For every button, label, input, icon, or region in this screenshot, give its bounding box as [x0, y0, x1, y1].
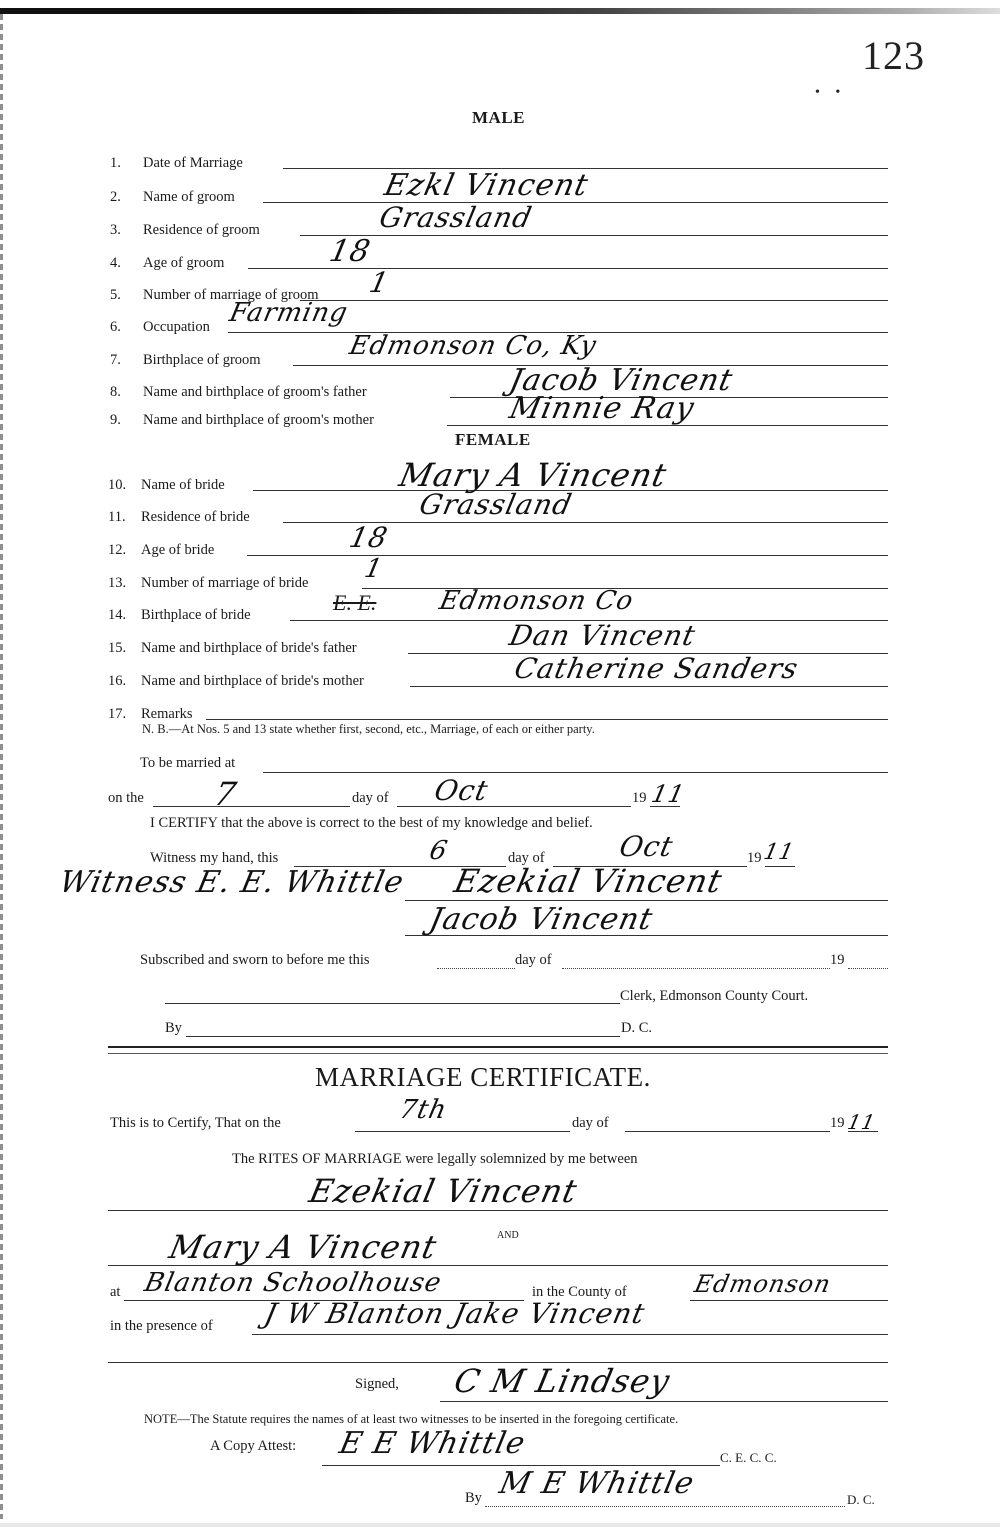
field-row: 17.Remarks	[108, 699, 193, 723]
field-line	[300, 235, 888, 236]
field-number: 17.	[108, 706, 141, 723]
field-row: 11.Residence of bride	[108, 502, 250, 526]
field-label: Name and birthplace of bride's mother	[141, 673, 364, 690]
field-value-handwritten: 18	[346, 521, 391, 554]
field-row: 1.Date of Marriage	[110, 148, 243, 172]
cert-day-value: 7th	[397, 1095, 450, 1125]
sworn-month-line	[562, 968, 830, 969]
field-label: Residence of groom	[143, 222, 260, 239]
field-value-handwritten: Ezkl Vincent	[381, 168, 591, 203]
field-label: Date of Marriage	[143, 155, 243, 172]
cert-deputy-line	[485, 1506, 845, 1507]
by-label: By	[165, 1020, 182, 1037]
rites-text: The RITES OF MARRIAGE were legally solem…	[232, 1151, 638, 1168]
field-label: Name and birthplace of bride's father	[141, 640, 357, 657]
cert-witnesses: J W Blanton Jake Vincent	[261, 1297, 648, 1330]
field-label: Name and birthplace of groom's mother	[143, 412, 374, 429]
clerk-label: Clerk, Edmonson County Court.	[620, 988, 808, 1005]
at-label: at	[110, 1284, 120, 1301]
top-border	[0, 8, 1000, 14]
field-number: 11.	[108, 509, 141, 526]
witness-year-value: 11	[761, 840, 796, 865]
field-number: 8.	[110, 384, 143, 401]
field-label: Occupation	[143, 319, 210, 336]
field-row: 3.Residence of groom	[110, 215, 260, 239]
field-value-handwritten: Edmonson Co, Ky	[347, 331, 600, 361]
marriage-year-value: 11	[649, 780, 687, 808]
copy-attest-label: A Copy Attest:	[210, 1438, 296, 1455]
field-value-handwritten: 1	[366, 266, 392, 299]
field-number: 10.	[108, 477, 141, 494]
father-signature: Jacob Vincent	[426, 902, 656, 937]
signed-line	[440, 1401, 888, 1402]
field-number: 1.	[110, 155, 143, 172]
sworn-year-line	[848, 968, 888, 969]
field-line	[206, 719, 888, 720]
day-of-label: day of	[352, 790, 389, 807]
field-label: Birthplace of bride	[141, 607, 251, 624]
cert-groom-name: Ezekial Vincent	[306, 1172, 581, 1210]
on-the-label: on the	[108, 790, 144, 807]
marriage-record-page: 123 • • MALE FEMALE E. E. N. B.—At Nos. …	[0, 0, 1000, 1527]
field-row: 12.Age of bride	[108, 535, 214, 559]
field-value-handwritten: Catherine Sanders	[511, 652, 801, 685]
field-label: Age of groom	[143, 255, 224, 272]
field-line	[410, 686, 888, 687]
field-value-handwritten: 18	[326, 234, 374, 269]
field-value-handwritten: Grassland	[416, 488, 575, 521]
presence-line	[252, 1334, 888, 1335]
deputy-line	[186, 1036, 620, 1037]
presence-label: in the presence of	[110, 1318, 213, 1335]
certificate-title: MARRIAGE CERTIFICATE.	[315, 1062, 651, 1093]
field-row: 10.Name of bride	[108, 470, 225, 494]
field-value-handwritten: Dan Vincent	[506, 619, 698, 652]
witness-month-value: Oct	[616, 830, 676, 863]
nb-note: N. B.—At Nos. 5 and 13 state whether fir…	[142, 722, 595, 737]
field-row: 8.Name and birthplace of groom's father	[110, 377, 367, 401]
field-value-handwritten: Farming	[227, 298, 351, 328]
field-label: Residence of bride	[141, 509, 250, 526]
field-label: Name and birthplace of groom's father	[143, 384, 367, 401]
cert-place: Blanton Schoolhouse	[142, 1268, 445, 1298]
cert-bride-name: Mary A Vincent	[166, 1228, 440, 1266]
sworn-day-line	[437, 968, 515, 969]
cert-year-value: 11	[845, 1110, 878, 1134]
male-heading: MALE	[472, 108, 525, 128]
clerk-line	[165, 1003, 620, 1004]
field-number: 13.	[108, 575, 141, 592]
field-number: 2.	[110, 189, 143, 206]
field-number: 9.	[110, 412, 143, 429]
field-label: Name of bride	[141, 477, 225, 494]
field-row: 15.Name and birthplace of bride's father	[108, 633, 357, 657]
field-label: Age of bride	[141, 542, 214, 559]
field-number: 15.	[108, 640, 141, 657]
cert-month-line	[625, 1131, 830, 1132]
field-line	[247, 555, 888, 556]
cert-groom-line	[108, 1210, 888, 1211]
year-prefix: 19	[632, 790, 647, 807]
marriage-day-value: 7	[211, 775, 240, 813]
field-value-handwritten: Minnie Ray	[506, 391, 697, 426]
sworn-label: Subscribed and sworn to before me this	[140, 952, 370, 969]
deputy-signature: M E Whittle	[496, 1466, 697, 1501]
bottom-border	[0, 1523, 1000, 1527]
field-number: 6.	[110, 319, 143, 336]
stray-marks: • •	[815, 85, 846, 101]
field-value-handwritten: Grassland	[376, 201, 535, 234]
signed-label: Signed,	[355, 1376, 399, 1393]
field-number: 12.	[108, 542, 141, 559]
cert-day-of-label: day of	[572, 1115, 609, 1132]
page-number: 123	[862, 32, 925, 79]
female-heading: FEMALE	[455, 430, 531, 450]
witness-year-prefix: 19	[747, 850, 762, 867]
cert-county: Edmonson	[692, 1270, 834, 1298]
field-value-handwritten: Edmonson Co	[437, 586, 637, 616]
statute-note: NOTE—The Statute requires the names of a…	[144, 1412, 678, 1427]
struck-text: E. E.	[333, 590, 376, 616]
dc-label: D. C.	[621, 1020, 652, 1037]
field-label: Remarks	[141, 706, 193, 723]
field-number: 4.	[110, 255, 143, 272]
witness-year-line	[765, 866, 795, 867]
field-number: 14.	[108, 607, 141, 624]
field-label: Name of groom	[143, 189, 235, 206]
field-row: 16.Name and birthplace of bride's mother	[108, 666, 364, 690]
officiant-signature: C M Lindsey	[451, 1362, 674, 1400]
witness-signature: Witness E. E. Whittle	[56, 865, 407, 900]
attest-signature: E E Whittle	[336, 1426, 529, 1461]
day-line	[153, 806, 350, 807]
marriage-month-value: Oct	[431, 774, 491, 807]
groom-signature: Ezekial Vincent	[451, 862, 726, 900]
field-label: Birthplace of groom	[143, 352, 261, 369]
field-row: 13.Number of marriage of bride	[108, 568, 309, 592]
field-row: 9.Name and birthplace of groom's mother	[110, 405, 374, 429]
field-line	[300, 300, 888, 301]
certify-statement: I CERTIFY that the above is correct to t…	[150, 815, 593, 832]
groom-signature-line	[405, 900, 888, 901]
and-label: AND	[497, 1230, 519, 1241]
field-row: 7.Birthplace of groom	[110, 345, 261, 369]
cert-day-line	[355, 1131, 570, 1132]
field-number: 7.	[110, 352, 143, 369]
witness-day-value: 6	[427, 836, 451, 866]
cert-by-label: By	[465, 1490, 482, 1507]
left-binding-edge	[0, 14, 3, 1519]
field-label: Number of marriage of bride	[141, 575, 309, 592]
field-row: 14.Birthplace of bride	[108, 600, 251, 624]
field-row: 4.Age of groom	[110, 248, 224, 272]
certify-label: This is to Certify, That on the	[110, 1115, 281, 1132]
cert-year-prefix: 19	[830, 1115, 845, 1132]
cert-dc-label: D. C.	[847, 1492, 875, 1508]
sworn-day-of-label: day of	[515, 952, 552, 969]
sworn-year-prefix: 19	[830, 952, 845, 969]
field-row: 6.Occupation	[110, 312, 210, 336]
section-divider	[108, 1046, 888, 1054]
cecc-label: C. E. C. C.	[720, 1450, 777, 1466]
field-number: 16.	[108, 673, 141, 690]
field-number: 3.	[110, 222, 143, 239]
to-be-married-label: To be married at	[140, 755, 235, 772]
county-line	[690, 1300, 888, 1301]
to-be-married-line	[263, 772, 888, 773]
field-value-handwritten: 1	[362, 554, 386, 584]
field-row: 2.Name of groom	[110, 182, 235, 206]
field-number: 5.	[110, 287, 143, 304]
